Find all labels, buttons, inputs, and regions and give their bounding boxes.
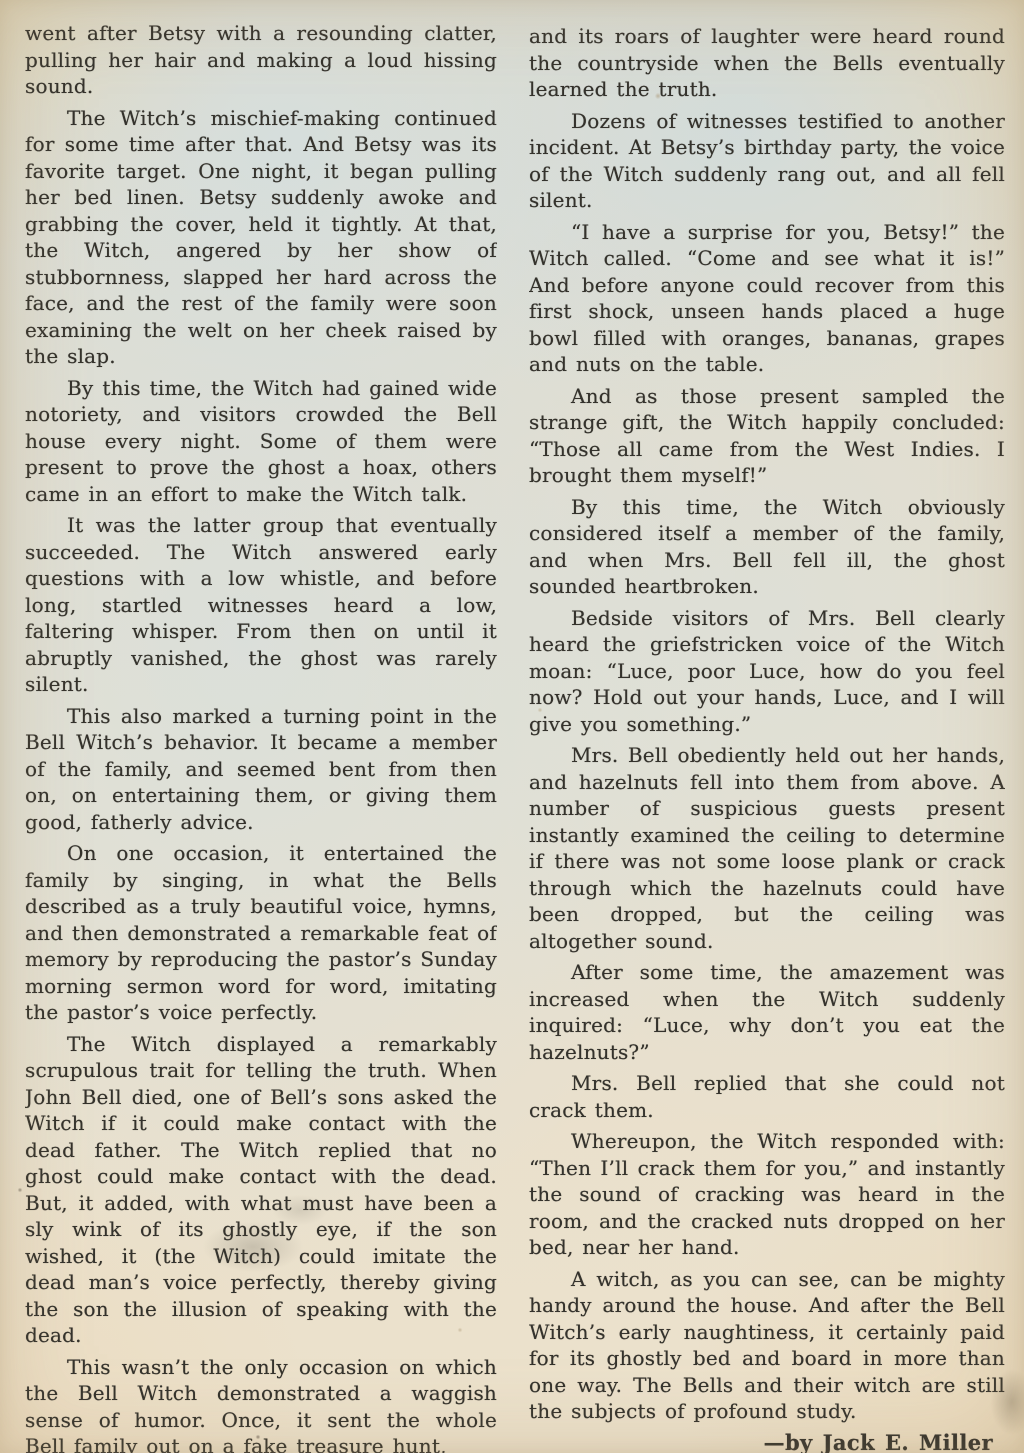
paragraph: and its roars of laughter were heard rou…: [529, 23, 1005, 103]
paragraph: By this time, the Witch obviously consid…: [529, 494, 1005, 600]
paragraph: Mrs. Bell obediently held out her hands,…: [529, 742, 1005, 954]
paragraph: “I have a surprise for you, Betsy!” the …: [529, 219, 1005, 378]
magazine-page: went after Betsy with a resounding clatt…: [0, 0, 1024, 1453]
paragraph: It was the latter group that eventually …: [25, 512, 497, 698]
text-column-right: and its roars of laughter were heard rou…: [529, 23, 1005, 1453]
paragraph: This wasn’t the only occasion on which t…: [25, 1354, 497, 1453]
paragraph: And as those present sampled the strange…: [529, 383, 1005, 489]
paragraph: This also marked a turning point in the …: [25, 703, 497, 836]
paragraph: Mrs. Bell replied that she could not cra…: [529, 1070, 1005, 1123]
text-column-left: went after Betsy with a resounding clatt…: [25, 20, 497, 1453]
paragraph: The Witch displayed a remarkably scrupul…: [25, 1031, 497, 1349]
paragraph: Dozens of witnesses testified to another…: [529, 108, 1005, 214]
byline: —by Jack E. Miller: [529, 1430, 993, 1453]
paragraph: By this time, the Witch had gained wide …: [25, 375, 497, 508]
paragraph: A witch, as you can see, can be mighty h…: [529, 1266, 1005, 1425]
paragraph: On one occasion, it entertained the fami…: [25, 840, 497, 1026]
paragraph: The Witch’s mischief-making continued fo…: [25, 105, 497, 370]
paragraph: went after Betsy with a resounding clatt…: [25, 20, 497, 100]
paragraph: Bedside visitors of Mrs. Bell clearly he…: [529, 605, 1005, 738]
paragraph: After some time, the amazement was incre…: [529, 959, 1005, 1065]
paragraph: Whereupon, the Witch responded with: “Th…: [529, 1128, 1005, 1261]
